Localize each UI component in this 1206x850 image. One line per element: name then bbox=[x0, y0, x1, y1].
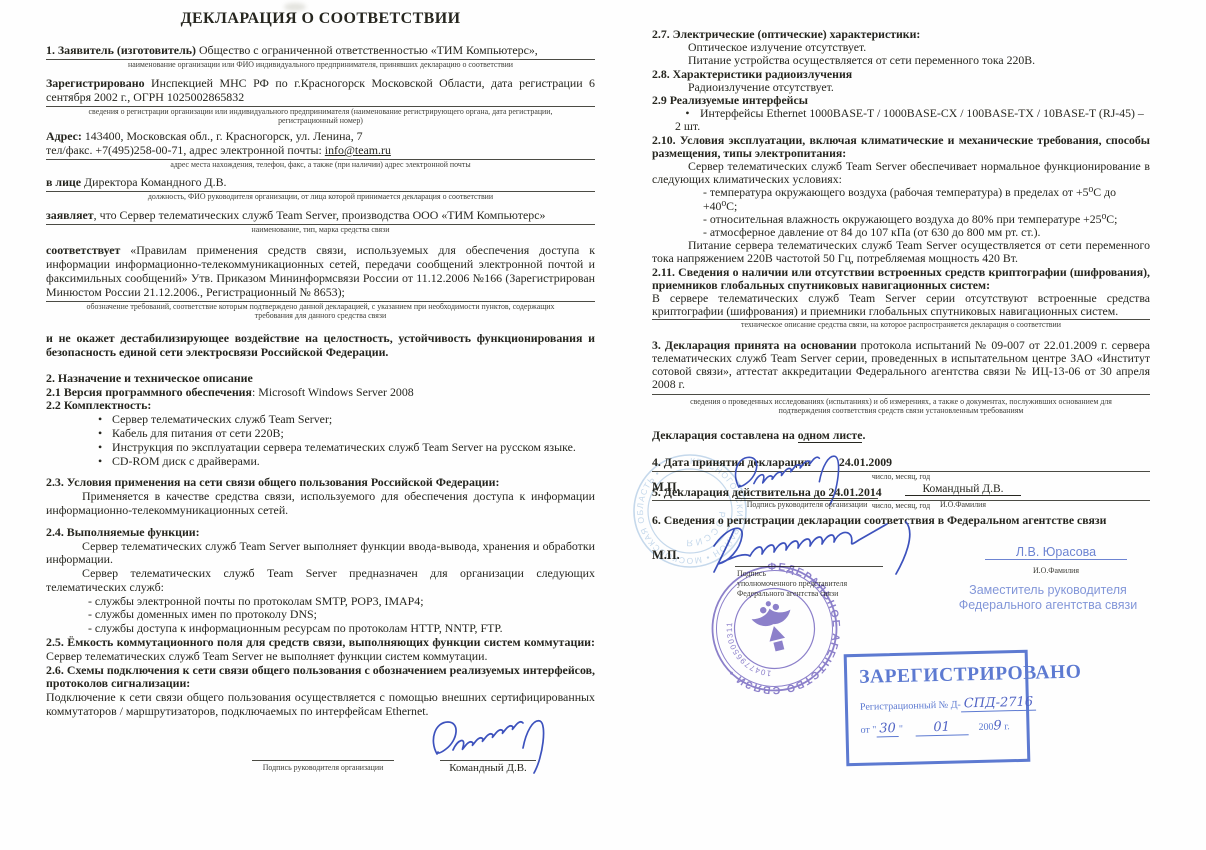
field-applicant: 1. Заявитель (изготовитель) Общество с о… bbox=[46, 44, 595, 69]
list-item: •CD-ROM диск с драйверами. bbox=[46, 455, 595, 469]
day-handwritten: 30 bbox=[876, 721, 899, 738]
page-title-real: ДЕКЛАРАЦИЯ О СООТВЕТСТВИИ bbox=[46, 10, 595, 28]
address-note: адрес места нахождения, телефон, факс, а… bbox=[46, 160, 595, 169]
list-item: •Кабель для питания от сети 220В; bbox=[46, 427, 595, 441]
section-2-7-line2: Питание устройства осуществляется от сет… bbox=[652, 54, 1150, 67]
bullet-icon: • bbox=[98, 413, 112, 427]
bullet-icon: • bbox=[98, 455, 112, 469]
represented-note: должность, ФИО руководителя организации,… bbox=[46, 192, 595, 201]
section-2-8-label: 2.8. Характеристики радиоизлучения bbox=[652, 68, 1150, 81]
section-2-5: 2.5. Ёмкость коммутационного поля для ср… bbox=[46, 636, 595, 664]
made-on-underlined: одном листе bbox=[798, 428, 863, 443]
left-column: ДЕКЛАРАЦИЯ О СООТВЕТСТВИИ 1. Заявитель (… bbox=[46, 22, 595, 719]
address-value: 143400, Московская обл., г. Красногорск,… bbox=[82, 129, 363, 143]
section-2-10-p2: Питание сервера телематических служб Tea… bbox=[652, 239, 1150, 265]
registered-stamp-number-row: Регистрационный № Д-СПД-2716 bbox=[860, 695, 1016, 714]
section-2-1-value: : Microsoft Windows Server 2008 bbox=[252, 385, 414, 399]
list-item: - службы доступа к информационным ресурс… bbox=[46, 622, 595, 636]
month-handwritten: 01 bbox=[915, 719, 968, 736]
right-column: 2.7. Электрические (оптические) характер… bbox=[652, 28, 1150, 510]
name-note-2: И.О.Фамилия bbox=[905, 500, 1021, 510]
registered-stamp: ЗАРЕГИСТРИРОВАНО Регистрационный № Д-СПД… bbox=[844, 650, 1031, 766]
registration-note-2: регистрационный номер) bbox=[46, 116, 595, 125]
director-name-2: Командный Д.В. bbox=[905, 483, 1021, 496]
representative-name: Л.В. Юрасова bbox=[985, 545, 1127, 560]
phone-email-line: тел/факс. +7(495)258-00-71, адрес электр… bbox=[46, 143, 325, 157]
section-2-4-label: 2.4. Выполняемые функции: bbox=[46, 526, 595, 540]
field-registration: Зарегистрировано Инспекцией МНС РФ по г.… bbox=[46, 77, 595, 125]
representative-title: Заместитель руководителя Федерального аг… bbox=[918, 583, 1178, 613]
field-represented-by: в лице Директора Командного Д.В. должнос… bbox=[46, 176, 595, 201]
stamp-inner-text: РОССИЯ bbox=[684, 511, 727, 548]
section-2-10-label: 2.10. Условия эксплуатации, включая клим… bbox=[652, 134, 1150, 160]
section-2-3-label: 2.3. Условия применения на сети связи об… bbox=[46, 476, 595, 490]
section-2-11-text: В сервере телематических служб Team Serv… bbox=[652, 292, 1150, 320]
section-3-note-1: сведения о проведенных исследованиях (ис… bbox=[652, 397, 1150, 406]
representative-name-note: И.О.Фамилия bbox=[985, 566, 1127, 576]
declares-note: наименование, тип, марка средства связи bbox=[46, 225, 595, 234]
address-label: Адрес: bbox=[46, 129, 82, 143]
director-name: Командный Д.В. bbox=[432, 762, 544, 774]
conforms-label: соответствует bbox=[46, 243, 120, 257]
svg-text:КРАСНОГОРСКИЙ РАЙОН • МОСКОВСК: КРАСНОГОРСКИЙ РАЙОН • МОСКОВСКАЯ ОБЛАСТЬ… bbox=[635, 456, 746, 566]
declares-value: , что Сервер телематических служб Team S… bbox=[94, 208, 546, 222]
signature-name-line bbox=[440, 760, 536, 761]
section-2-4: 2.4. Выполняемые функции: Сервер телемат… bbox=[46, 526, 595, 636]
section-2-5-label: 2.5. Ёмкость коммутационного поля для ср… bbox=[46, 635, 595, 649]
section-3-note-2: подтверждения соответствия средств связи… bbox=[652, 406, 1150, 415]
applicant-value: Общество с ограниченной ответственностью… bbox=[196, 43, 538, 57]
stamp-outer-text: КРАСНОГОРСКИЙ РАЙОН • МОСКОВСКАЯ ОБЛАСТЬ… bbox=[635, 456, 746, 566]
signature-caption: Подпись руководителя организации bbox=[240, 763, 406, 773]
list-item: - температура окружающего воздуха (рабоч… bbox=[652, 186, 1150, 212]
bullet-icon: • bbox=[98, 441, 112, 455]
list-item: •Инструкция по эксплуатации сервера теле… bbox=[46, 441, 595, 455]
section-2: 2. Назначение и техническое описание 2.1… bbox=[46, 372, 595, 469]
section-2-4-p2: Сервер телематических служб Team Server … bbox=[46, 567, 595, 595]
bullet-icon: • bbox=[98, 427, 112, 441]
section-3: 3. Декларация принята на основании прото… bbox=[652, 339, 1150, 392]
conforms-note-2: требования для данного средства связи bbox=[46, 311, 595, 320]
section-2-11-label: 2.11. Сведения о наличии или отсутствии … bbox=[652, 266, 1150, 292]
svg-text:ФЕДЕРАЛЬНОЕ АГЕНТСТВО СВЯЗИ •: ФЕДЕРАЛЬНОЕ АГЕНТСТВО СВЯЗИ • bbox=[701, 547, 856, 708]
section-2-5-value: Сервер телематических служб Team Server … bbox=[46, 649, 487, 663]
section-2-1-label: 2.1 Версия программного обеспечения bbox=[46, 385, 252, 399]
list-item: - службы электронной почты по протоколам… bbox=[46, 595, 595, 609]
made-on-statement: Декларация составлена на одном листе. bbox=[652, 429, 1150, 442]
registration-number-handwritten: СПД-2716 bbox=[961, 695, 1037, 713]
registration-label: Зарегистрировано bbox=[46, 76, 145, 90]
section-2-3-text: Применяется в качестве средства связи, и… bbox=[46, 490, 595, 518]
represented-value: Директора Командного Д.В. bbox=[81, 175, 226, 189]
conforms-note-1: обозначение требований, соответствие кот… bbox=[46, 302, 595, 311]
list-item: - службы доменных имен по протоколу DNS; bbox=[46, 608, 595, 622]
field-declares: заявляет, что Сервер телематических служ… bbox=[46, 209, 595, 234]
represented-label: в лице bbox=[46, 175, 81, 189]
list-item: •Сервер телематических служб Team Server… bbox=[46, 413, 595, 427]
agency-stamp-outer-text: ФЕДЕРАЛЬНОЕ АГЕНТСТВО СВЯЗИ • bbox=[701, 547, 856, 708]
section-2-4-p1: Сервер телематических служб Team Server … bbox=[46, 540, 595, 568]
conforms-value: «Правилам применения средств связи, испо… bbox=[46, 243, 595, 298]
section-3-rule bbox=[652, 392, 1150, 395]
signature-line bbox=[252, 760, 394, 761]
section-2-heading: 2. Назначение и техническое описание bbox=[46, 372, 595, 386]
section-2-10-p1: Сервер телематических служб Team Server … bbox=[652, 160, 1150, 186]
page-title-text: ДЕКЛАРАЦИЯ О СООТВЕТСТВИИ bbox=[181, 10, 461, 27]
registration-note-1: сведения о регистрации организации или и… bbox=[46, 107, 595, 116]
section-3-label: 3. Декларация принята на основании bbox=[652, 338, 857, 352]
registered-stamp-date-row: от "30" 01 2009 г. bbox=[860, 718, 1016, 737]
email-address: info@team.ru bbox=[325, 143, 391, 157]
field-conforms: соответствует «Правилам применения средс… bbox=[46, 244, 595, 320]
list-item: •Интерфейсы Ethernet 1000BASE-T / 1000BA… bbox=[652, 107, 1150, 133]
section-2-6-label: 2.6. Схемы подключения к сети связи обще… bbox=[46, 664, 595, 692]
declaration-document: ДЕКЛАРАЦИЯ О СООТВЕТСТВИИ 1. Заявитель (… bbox=[0, 0, 1206, 850]
declares-label: заявляет bbox=[46, 208, 94, 222]
eagle-emblem-icon bbox=[748, 596, 799, 655]
section-2-3: 2.3. Условия применения на сети связи об… bbox=[46, 476, 595, 517]
field-address: Адрес: 143400, Московская обл., г. Красн… bbox=[46, 130, 595, 169]
svg-text:РОССИЯ: РОССИЯ bbox=[684, 511, 727, 548]
section-2-11-note: техническое описание средства связи, на … bbox=[652, 320, 1150, 329]
section-2-2-label: 2.2 Комплектность: bbox=[46, 399, 595, 413]
no-destabilizing-statement: и не окажет дестабилизирующее воздействи… bbox=[46, 332, 595, 360]
applicant-label: 1. Заявитель (изготовитель) bbox=[46, 43, 196, 57]
organization-round-stamp: КРАСНОГОРСКИЙ РАЙОН • МОСКОВСКАЯ ОБЛАСТЬ… bbox=[610, 446, 770, 576]
registered-stamp-title: ЗАРЕГИСТРИРОВАНО bbox=[859, 663, 1015, 689]
applicant-note: наименование организации или ФИО индивид… bbox=[46, 60, 595, 69]
